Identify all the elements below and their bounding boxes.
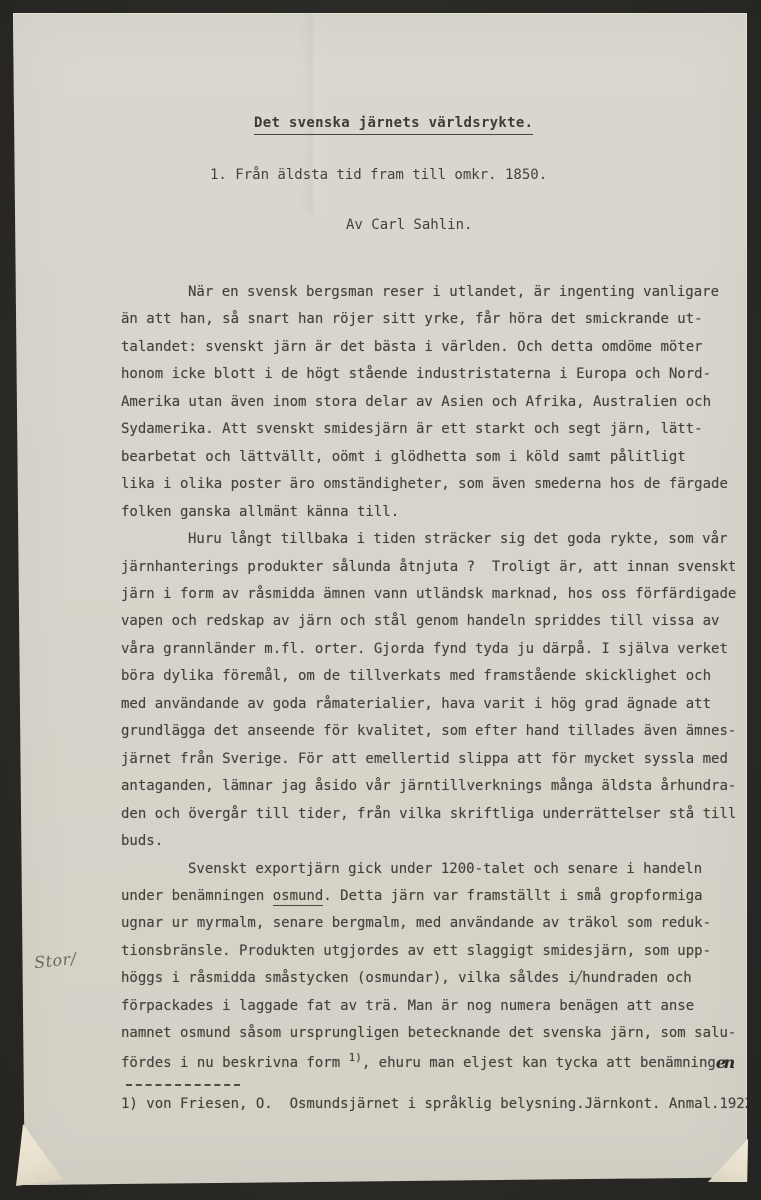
text-segment: . Detta järn var framställt i små gropfo… xyxy=(323,888,702,904)
paper-sheet: Det svenska järnets världsrykte. 1. Från… xyxy=(13,13,747,1185)
text-line: antaganden, lämnar jag åsido vår järntil… xyxy=(121,773,757,800)
text-line: När en svensk bergsman reser i utlandet,… xyxy=(121,279,757,306)
footnote-text: 1) von Friesen, O. Osmundsjärnet i språk… xyxy=(121,1096,761,1112)
document-subtitle: 1. Från äldsta tid fram till omkr. 1850. xyxy=(210,167,547,183)
text-line: med användande av goda råmaterialier, ha… xyxy=(121,691,757,718)
paragraph-2: Huru långt tillbaka i tiden sträcker sig… xyxy=(121,526,757,855)
text-line: järn i form av råsmidda ämnen vann utlän… xyxy=(121,581,757,608)
text-line: den och övergår till tider, från vilka s… xyxy=(121,801,757,828)
document-byline: Av Carl Sahlin. xyxy=(346,217,472,233)
text-line: folken ganska allmänt känna till. xyxy=(121,499,757,526)
text-segment: höggs i råsmidda småstycken (osmundar), … xyxy=(121,970,576,986)
text-line: fördes i nu beskrivna form 1), ehuru man… xyxy=(121,1048,757,1077)
footnote-separator-rule xyxy=(126,1084,240,1086)
text-line: grundlägga det anseende för kvalitet, so… xyxy=(121,718,757,745)
handwritten-word-ending: en xyxy=(716,1053,733,1072)
title-text: Det svenska järnets världsrykte. xyxy=(254,115,533,135)
text-line: Huru långt tillbaka i tiden sträcker sig… xyxy=(121,526,757,553)
text-line: honom icke blott i de högt stående indus… xyxy=(121,361,757,388)
text-line: våra grannländer m.fl. orter. Gjorda fyn… xyxy=(121,636,757,663)
text-line: Amerika utan även inom stora delar av As… xyxy=(121,389,757,416)
text-line: Sydamerika. Att svenskt smidesjärn är et… xyxy=(121,416,757,443)
text-line: lika i olika poster äro omständigheter, … xyxy=(121,471,757,498)
text-line: bearbetat och lättvällt, oömt i glödhett… xyxy=(121,444,757,471)
text-line: buds. xyxy=(121,828,757,855)
text-segment: under benämningen xyxy=(121,888,273,904)
text-line: höggs i råsmidda småstycken (osmundar), … xyxy=(121,965,757,992)
text-line: namnet osmund såsom ursprungligen beteck… xyxy=(121,1020,757,1047)
paragraph-3: Svenskt exportjärn gick under 1200-talet… xyxy=(121,856,757,1078)
text-segment: fördes i nu beskrivna form xyxy=(121,1055,349,1071)
paragraph-1: När en svensk bergsman reser i utlandet,… xyxy=(121,279,757,526)
text-segment: , ehuru man eljest kan tycka att benämni… xyxy=(362,1055,716,1071)
text-line: böra dylika föremål, om de tillverkats m… xyxy=(121,663,757,690)
scanned-document-page: Det svenska järnets världsrykte. 1. Från… xyxy=(0,0,761,1200)
text-line: tionsbränsle. Produkten utgjordes av ett… xyxy=(121,938,757,965)
document-title: Det svenska järnets världsrykte. xyxy=(254,115,533,131)
footnote-reference: 1) xyxy=(349,1051,362,1064)
text-line: vapen och redskap av järn och stål genom… xyxy=(121,608,757,635)
text-line: järnhanterings produkter sålunda åtnjuta… xyxy=(121,554,757,581)
text-line: än att han, så snart han röjer sitt yrke… xyxy=(121,306,757,333)
text-line: förpackades i laggade fat av trä. Man är… xyxy=(121,993,757,1020)
text-line: ugnar ur myrmalm, senare bergmalm, med a… xyxy=(121,910,757,937)
document-body: När en svensk bergsman reser i utlandet,… xyxy=(121,279,757,1086)
text-line: järnet från Sverige. För att emellertid … xyxy=(121,746,757,773)
underlined-word-osmund: osmund xyxy=(273,888,324,906)
paper-crease xyxy=(300,13,326,213)
text-line: Svenskt exportjärn gick under 1200-talet… xyxy=(121,856,757,883)
text-segment: hundraden och xyxy=(582,970,692,986)
text-line: under benämningen osmund. Detta järn var… xyxy=(121,883,757,910)
text-line: talandet: svenskt järn är det bästa i vä… xyxy=(121,334,757,361)
